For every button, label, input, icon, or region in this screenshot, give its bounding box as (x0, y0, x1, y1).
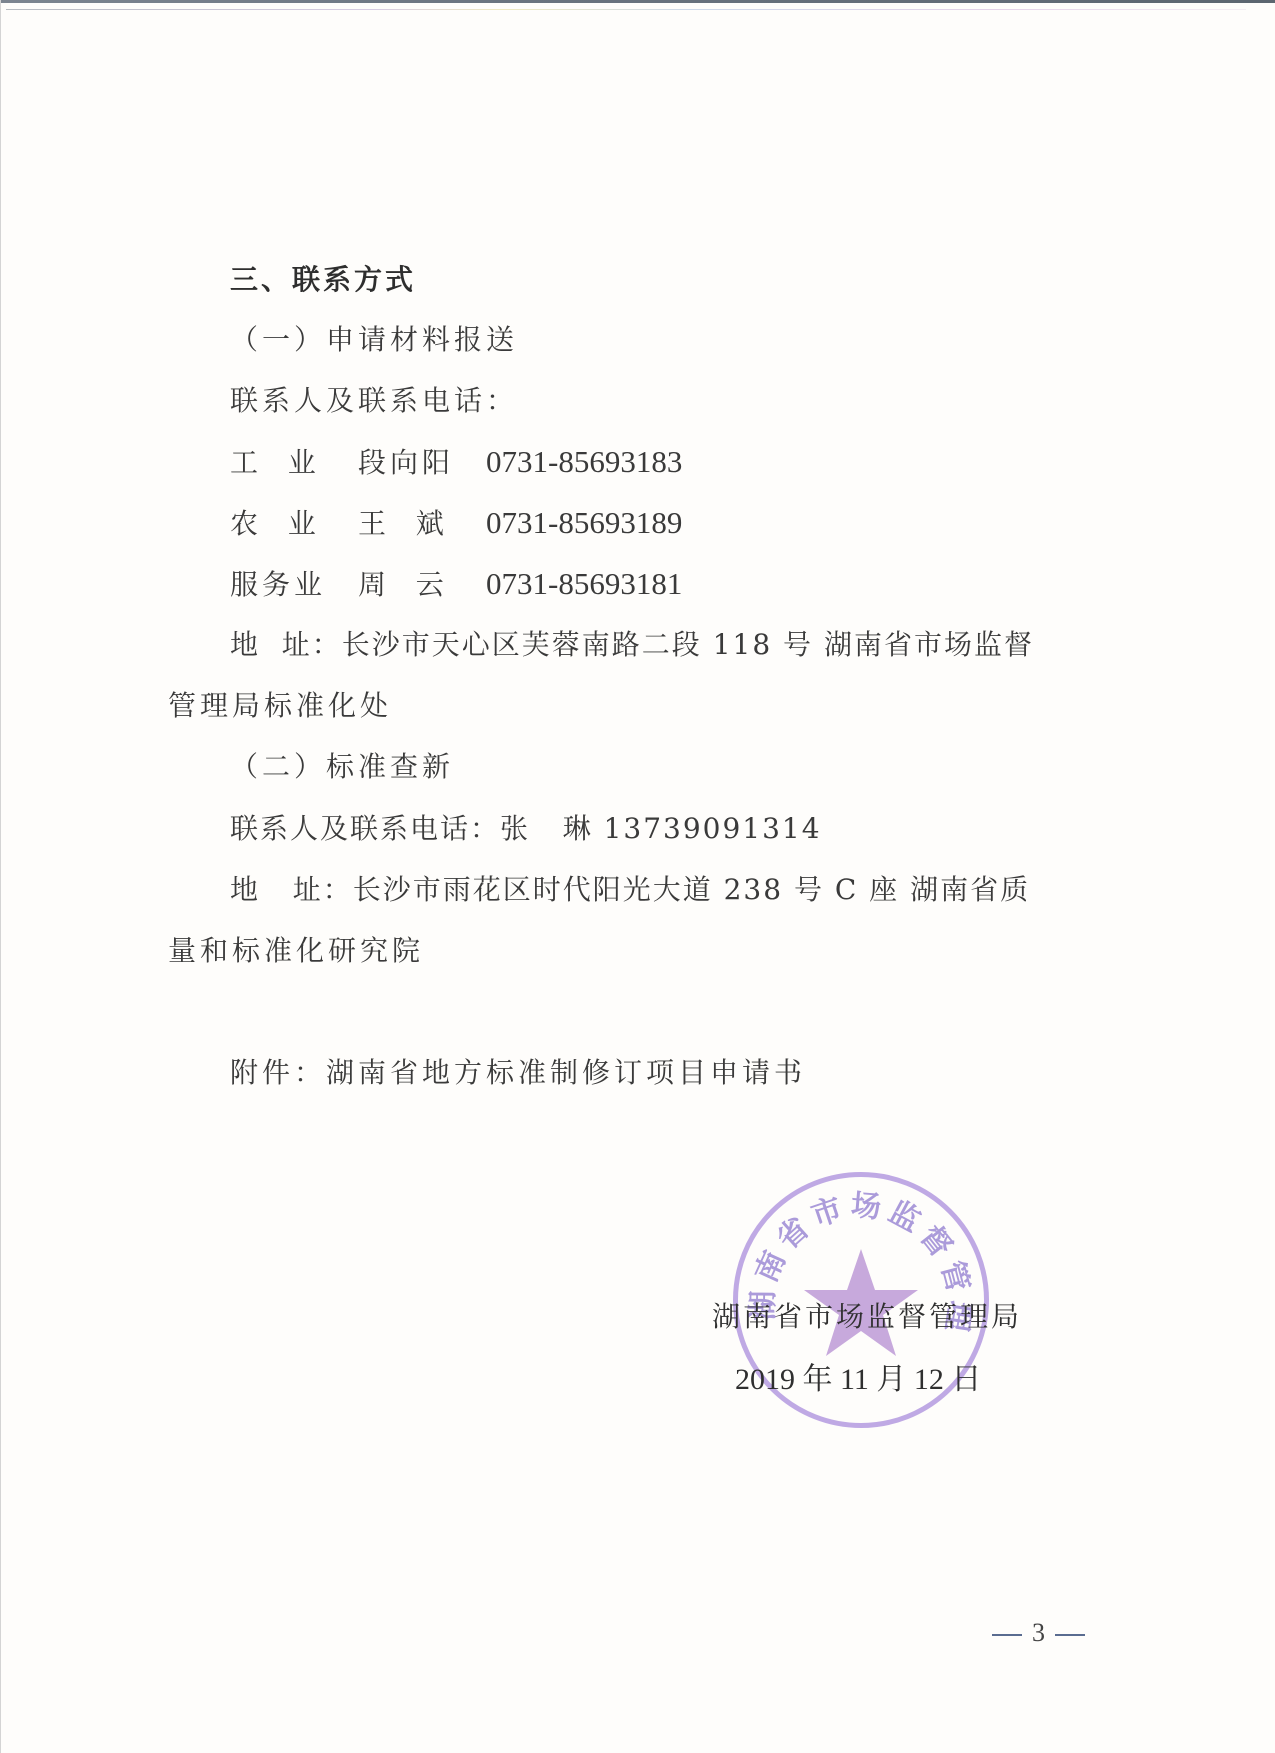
contact-category: 工 业 (230, 443, 358, 483)
contact-line-2: 联系人及联系电话：张 琳 13739091314 (230, 809, 822, 849)
attachment-note: 附件：湖南省地方标准制修订项目申请书 (230, 1053, 806, 1093)
contact-row: 服务业周 云0731-85693181 (230, 564, 682, 605)
contact-label: 联系人及联系电话： (230, 381, 518, 421)
subsection-title-2: （二）标准查新 (230, 747, 454, 787)
dash-left-icon (992, 1634, 1022, 1636)
subsection-title-1: （一）申请材料报送 (230, 320, 518, 360)
page-number-value: 3 (1032, 1618, 1045, 1647)
contact-category: 服务业 (230, 565, 358, 605)
contact-name: 王 斌 (358, 504, 486, 544)
signature-date: 2019 年 11 月 12 日 (735, 1360, 981, 1400)
contact-category: 农 业 (230, 504, 358, 544)
address-line-2: 管理局标准化处 (168, 686, 392, 726)
page-number: 3 (982, 1613, 1095, 1653)
contact-row: 农 业王 斌0731-85693189 (230, 503, 682, 544)
scan-edge-top (0, 0, 1275, 3)
contact-name: 段向阳 (358, 443, 486, 483)
contact-name: 周 云 (358, 565, 486, 605)
signature-org: 湖南省市场监督管理局 (712, 1297, 1022, 1337)
address-line-4: 量和标准化研究院 (168, 931, 424, 971)
scan-artifact-line (6, 9, 1246, 10)
contact-row: 工 业段向阳0731-85693183 (230, 442, 682, 483)
dash-right-icon (1055, 1634, 1085, 1636)
section-heading: 三、联系方式 (230, 260, 416, 300)
contact-phone: 0731-85693183 (486, 444, 682, 479)
contact-phone: 0731-85693189 (486, 505, 682, 540)
address-line-1: 地 址：长沙市天心区芙蓉南路二段 118 号 湖南省市场监督 (230, 625, 1034, 665)
address-line-3: 地 址：长沙市雨花区时代阳光大道 238 号 C 座 湖南省质 (230, 870, 1030, 910)
scan-edge-left (0, 0, 1, 1753)
contact-phone: 0731-85693181 (486, 566, 682, 601)
